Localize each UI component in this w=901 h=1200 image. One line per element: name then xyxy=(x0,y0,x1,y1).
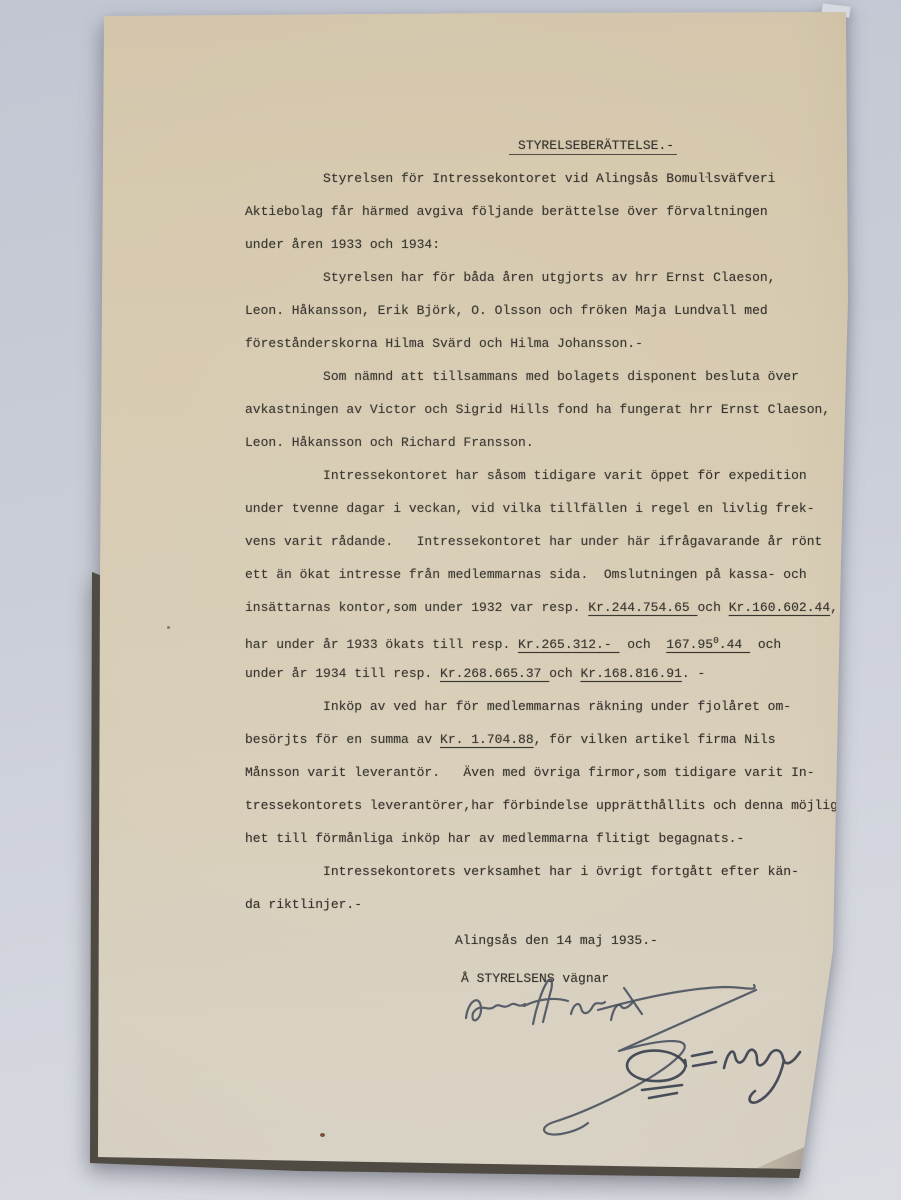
typed-line: Leon. Håkansson, Erik Björk, O. Olsson o… xyxy=(245,294,846,327)
paper-speck xyxy=(320,1133,325,1137)
typed-text: STYRELSEBERÄTTELSE.- Styrelsen för Intre… xyxy=(245,96,846,995)
typed-line: Som nämnd att tillsammans med bolagets d… xyxy=(245,360,846,393)
typed-line: da riktlinjer.- xyxy=(245,888,846,921)
typed-line: Inköp av ved har för medlemmarnas räknin… xyxy=(245,690,846,723)
typed-line: avkastningen av Victor och Sigrid Hills … xyxy=(245,393,846,426)
document-page: STYRELSEBERÄTTELSE.- Styrelsen för Intre… xyxy=(0,0,901,1200)
signature-1 xyxy=(466,979,642,1024)
typed-line: insättarnas kontor,som under 1932 var re… xyxy=(245,591,846,624)
typed-line: vens varit rådande. Intressekontoret har… xyxy=(245,525,846,558)
typed-line: har under år 1933 ökats till resp. Kr.26… xyxy=(245,624,846,657)
typed-line: het till förmånliga inköp har av medlemm… xyxy=(245,822,846,855)
photo-background: STYRELSEBERÄTTELSE.- Styrelsen för Intre… xyxy=(0,0,901,1200)
typed-line: Månsson varit leverantör. Även med övrig… xyxy=(245,756,846,789)
paper-speck xyxy=(167,626,170,629)
typed-line: förestånderskorna Hilma Svärd och Hilma … xyxy=(245,327,846,360)
typed-line: under tvenne dagar i veckan, vid vilka t… xyxy=(245,492,846,525)
typed-line: Aktiebolag får härmed avgiva följande be… xyxy=(245,195,846,228)
typed-line: tressekontorets leverantörer,har förbind… xyxy=(245,789,846,822)
typed-line: besörjts för en summa av Kr. 1.704.88, f… xyxy=(245,723,846,756)
typed-line: Intressekontorets verksamhet har i övrig… xyxy=(245,855,846,888)
signature-1-flourish xyxy=(544,985,756,1135)
paper-shadow: STYRELSEBERÄTTELSE.- Styrelsen för Intre… xyxy=(0,0,901,1200)
typed-line: ett än ökat intresse från medlemmarnas s… xyxy=(245,558,846,591)
paper-speck xyxy=(705,176,708,178)
typed-line: Styrelsen för Intressekontoret vid Aling… xyxy=(245,162,846,195)
document-body: Styrelsen för Intressekontoret vid Aling… xyxy=(245,162,846,921)
typed-line: under åren 1933 och 1934: xyxy=(245,228,846,261)
typed-line: Styrelsen har för båda åren utgjorts av … xyxy=(245,261,846,294)
document-title: STYRELSEBERÄTTELSE.- xyxy=(431,96,846,129)
typed-line: under år 1934 till resp. Kr.268.665.37 o… xyxy=(245,657,846,690)
handwritten-signatures xyxy=(430,950,850,1180)
typed-line: Leon. Håkansson och Richard Fransson. xyxy=(245,426,846,459)
typed-line: Intressekontoret har såsom tidigare vari… xyxy=(245,459,846,492)
